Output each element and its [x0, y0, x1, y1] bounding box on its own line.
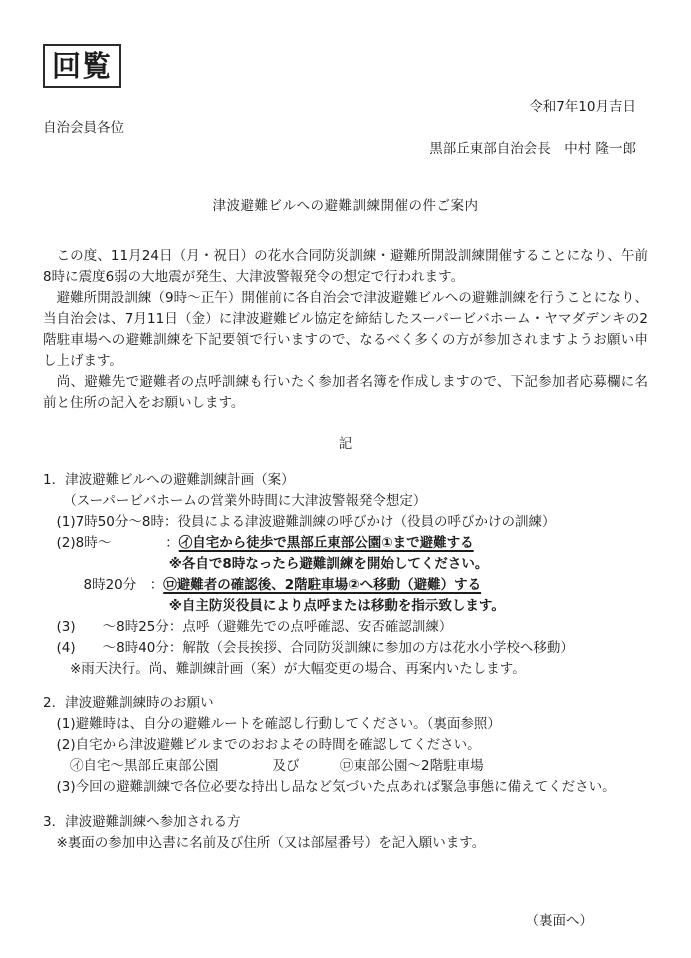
- schedule-line-8-text: ※雨天決行。尚、難訓練計画（案）が大幅変更の場合、再案内いたします。: [43, 661, 526, 677]
- section-2-heading: 2．津波避難訓練時のお願い: [43, 693, 648, 714]
- intro-paragraph-1: この度、11月24日（月・祝日）の花水合同防災訓練・避難所開設訓練開催することに…: [43, 246, 648, 288]
- schedule-line-2: (2)8時～ ：㋑自宅から徒歩で黒部丘東部公園①まで避難する: [43, 533, 648, 554]
- schedule-line-3-prefix: [43, 556, 169, 572]
- document-date: 令和7年10月吉日: [43, 97, 648, 118]
- intro-paragraph-2: 避難所開設訓練（9時～正午）開催前に各自治会で津波避難ビルへの避難訓練を行うこと…: [43, 288, 648, 372]
- schedule-line-6: (3) ～8時25分：点呼（避難先での点呼確認、安否確認訓練）: [43, 617, 648, 638]
- document-title: 津波避難ビルへの避難訓練開催の件ご案内: [43, 196, 648, 217]
- addressee: 自治会員各位: [43, 118, 648, 139]
- request-line-4: (3)今回の避難訓練で各位必要な持出し品など気づいた点あれば緊急事態に備えてくだ…: [43, 777, 648, 798]
- schedule-line-7: (4) ～8時40分：解散（会長挨拶、合同防災訓練に参加の方は花水小学校へ移動）: [43, 638, 648, 659]
- schedule-line-1: (1)7時50分～8時：役員による津波避難訓練の呼びかけ（役員の呼びかけの訓練）: [43, 512, 648, 533]
- record-marker: 記: [43, 434, 648, 455]
- schedule-line-7-text: (4) ～8時40分：解散（会長挨拶、合同防災訓練に参加の方は花水小学校へ移動）: [43, 640, 574, 656]
- request-line-3: ㋑自宅～黒部丘東部公園 及び ㋺東部公園～2階駐車場: [43, 756, 648, 777]
- section-2-requests: 2．津波避難訓練時のお願い (1)避難時は、自分の避難ルートを確認し行動してくだ…: [43, 693, 648, 798]
- schedule-line-4: 8時20分 ：㋺避難者の確認後、2階駐車場②へ移動（避難）する: [43, 575, 648, 596]
- schedule-line-6-text: (3) ～8時25分：点呼（避難先での点呼確認、安否確認訓練）: [43, 619, 452, 635]
- section-1-note: （スーパービバホームの営業外時間に大津波警報発令想定）: [43, 491, 648, 512]
- schedule-line-2-instruction: ㋑自宅から徒歩で黒部丘東部公園①まで避難する: [179, 535, 474, 551]
- schedule-line-1-text: (1)7時50分～8時：役員による津波避難訓練の呼びかけ（役員の呼びかけの訓練）: [43, 514, 555, 530]
- schedule-line-5-note: ※自主防災役員により点呼または移動を指示致します。: [169, 598, 505, 614]
- section-3-heading: 3．津波避難訓練へ参加される方: [43, 812, 648, 833]
- circulation-stamp: 回覧: [43, 44, 121, 88]
- schedule-line-3-note: ※各自で8時なったら避難訓練を開始してください。: [169, 556, 489, 572]
- section-1-heading: 1．津波避難ビルへの避難訓練計画（案）: [43, 470, 648, 491]
- section-3-note: ※裏面の参加申込書に名前及び住所（又は部屋番号）を記入願います。: [43, 833, 648, 854]
- schedule-line-4-prefix: 8時20分 ：: [43, 577, 163, 593]
- intro-section: この度、11月24日（月・祝日）の花水合同防災訓練・避難所開設訓練開催することに…: [43, 246, 648, 414]
- request-line-2: (2)自宅から津波避難ビルまでのおおよその時間を確認してください。: [43, 735, 648, 756]
- schedule-line-5-prefix: [43, 598, 169, 614]
- sender-name: 黒部丘東部自治会長 中村 隆一郎: [43, 139, 648, 160]
- schedule-line-5: ※自主防災役員により点呼または移動を指示致します。: [43, 596, 648, 617]
- schedule-line-4-instruction: ㋺避難者の確認後、2階駐車場②へ移動（避難）する: [163, 577, 481, 593]
- schedule-line-3: ※各自で8時なったら避難訓練を開始してください。: [43, 554, 648, 575]
- schedule-line-2-prefix: (2)8時～ ：: [43, 535, 179, 551]
- section-1-drill-plan: 1．津波避難ビルへの避難訓練計画（案） （スーパービバホームの営業外時間に大津波…: [43, 470, 648, 680]
- schedule-line-8: ※雨天決行。尚、難訓練計画（案）が大幅変更の場合、再案内いたします。: [43, 659, 648, 680]
- request-line-1: (1)避難時は、自分の避難ルートを確認し行動してください。（裏面参照）: [43, 714, 648, 735]
- section-3-participants: 3．津波避難訓練へ参加される方 ※裏面の参加申込書に名前及び住所（又は部屋番号）…: [43, 812, 648, 854]
- circulation-stamp-row: 回覧: [43, 44, 648, 88]
- document-page: 回覧 令和7年10月吉日 自治会員各位 黒部丘東部自治会長 中村 隆一郎 津波避…: [0, 0, 691, 958]
- to-reverse-side-note: （裏面へ）: [43, 911, 648, 932]
- intro-paragraph-3: 尚、避難先で避難者の点呼訓練も行いたく参加者名簿を作成しますので、下記参加者応募…: [43, 372, 648, 414]
